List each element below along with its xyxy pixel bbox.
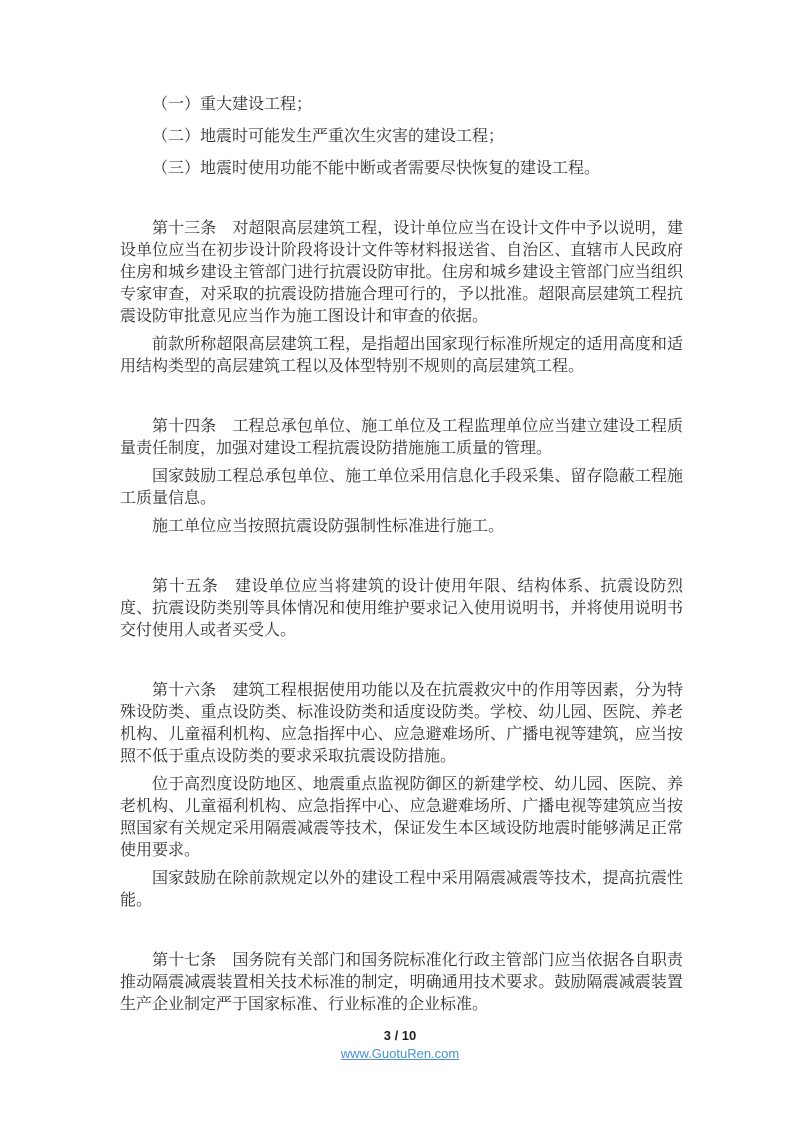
article-14-paragraph-2: 国家鼓励工程总承包单位、施工单位采用信息化手段采集、留存隐蔽工程施工质量信息。 [120, 466, 683, 510]
list-item-1: （一）重大建设工程； [120, 94, 683, 116]
page-footer: 3 / 10 www.GuotuRen.com [0, 1028, 800, 1063]
page-number: 3 / 10 [0, 1028, 800, 1044]
list-item-2: （二）地震时可能发生严重次生灾害的建设工程； [120, 126, 683, 148]
article-14-paragraph-1: 第十四条 工程总承包单位、施工单位及工程监理单位应当建立建设工程质量责任制度，加… [120, 416, 683, 460]
article-13-paragraph-2: 前款所称超限高层建筑工程，是指超出国家现行标准所规定的适用高度和适用结构类型的高… [120, 334, 683, 378]
article-17-paragraph-1: 第十七条 国务院有关部门和国务院标准化行政主管部门应当依据各自职责推动隔震减震装… [120, 950, 683, 1016]
article-16-paragraph-3: 国家鼓励在除前款规定以外的建设工程中采用隔震减震等技术，提高抗震性能。 [120, 868, 683, 912]
article-16-paragraph-2: 位于高烈度设防地区、地震重点监视防御区的新建学校、幼儿园、医院、养老机构、儿童福… [120, 774, 683, 862]
document-page: （一）重大建设工程； （二）地震时可能发生严重次生灾害的建设工程； （三）地震时… [0, 0, 800, 1132]
article-14-paragraph-3: 施工单位应当按照抗震设防强制性标准进行施工。 [120, 516, 683, 538]
article-16-paragraph-1: 第十六条 建筑工程根据使用功能以及在抗震救灾中的作用等因素，分为特殊设防类、重点… [120, 680, 683, 768]
list-item-3: （三）地震时使用功能不能中断或者需要尽快恢复的建设工程。 [120, 158, 683, 180]
document-body: （一）重大建设工程； （二）地震时可能发生严重次生灾害的建设工程； （三）地震时… [120, 94, 683, 1022]
article-15-paragraph-1: 第十五条 建设单位应当将建筑的设计使用年限、结构体系、抗震设防烈度、抗震设防类别… [120, 576, 683, 642]
article-13-paragraph-1: 第十三条 对超限高层建筑工程，设计单位应当在设计文件中予以说明，建设单位应当在初… [120, 218, 683, 328]
website-link[interactable]: www.GuotuRen.com [341, 1046, 460, 1062]
